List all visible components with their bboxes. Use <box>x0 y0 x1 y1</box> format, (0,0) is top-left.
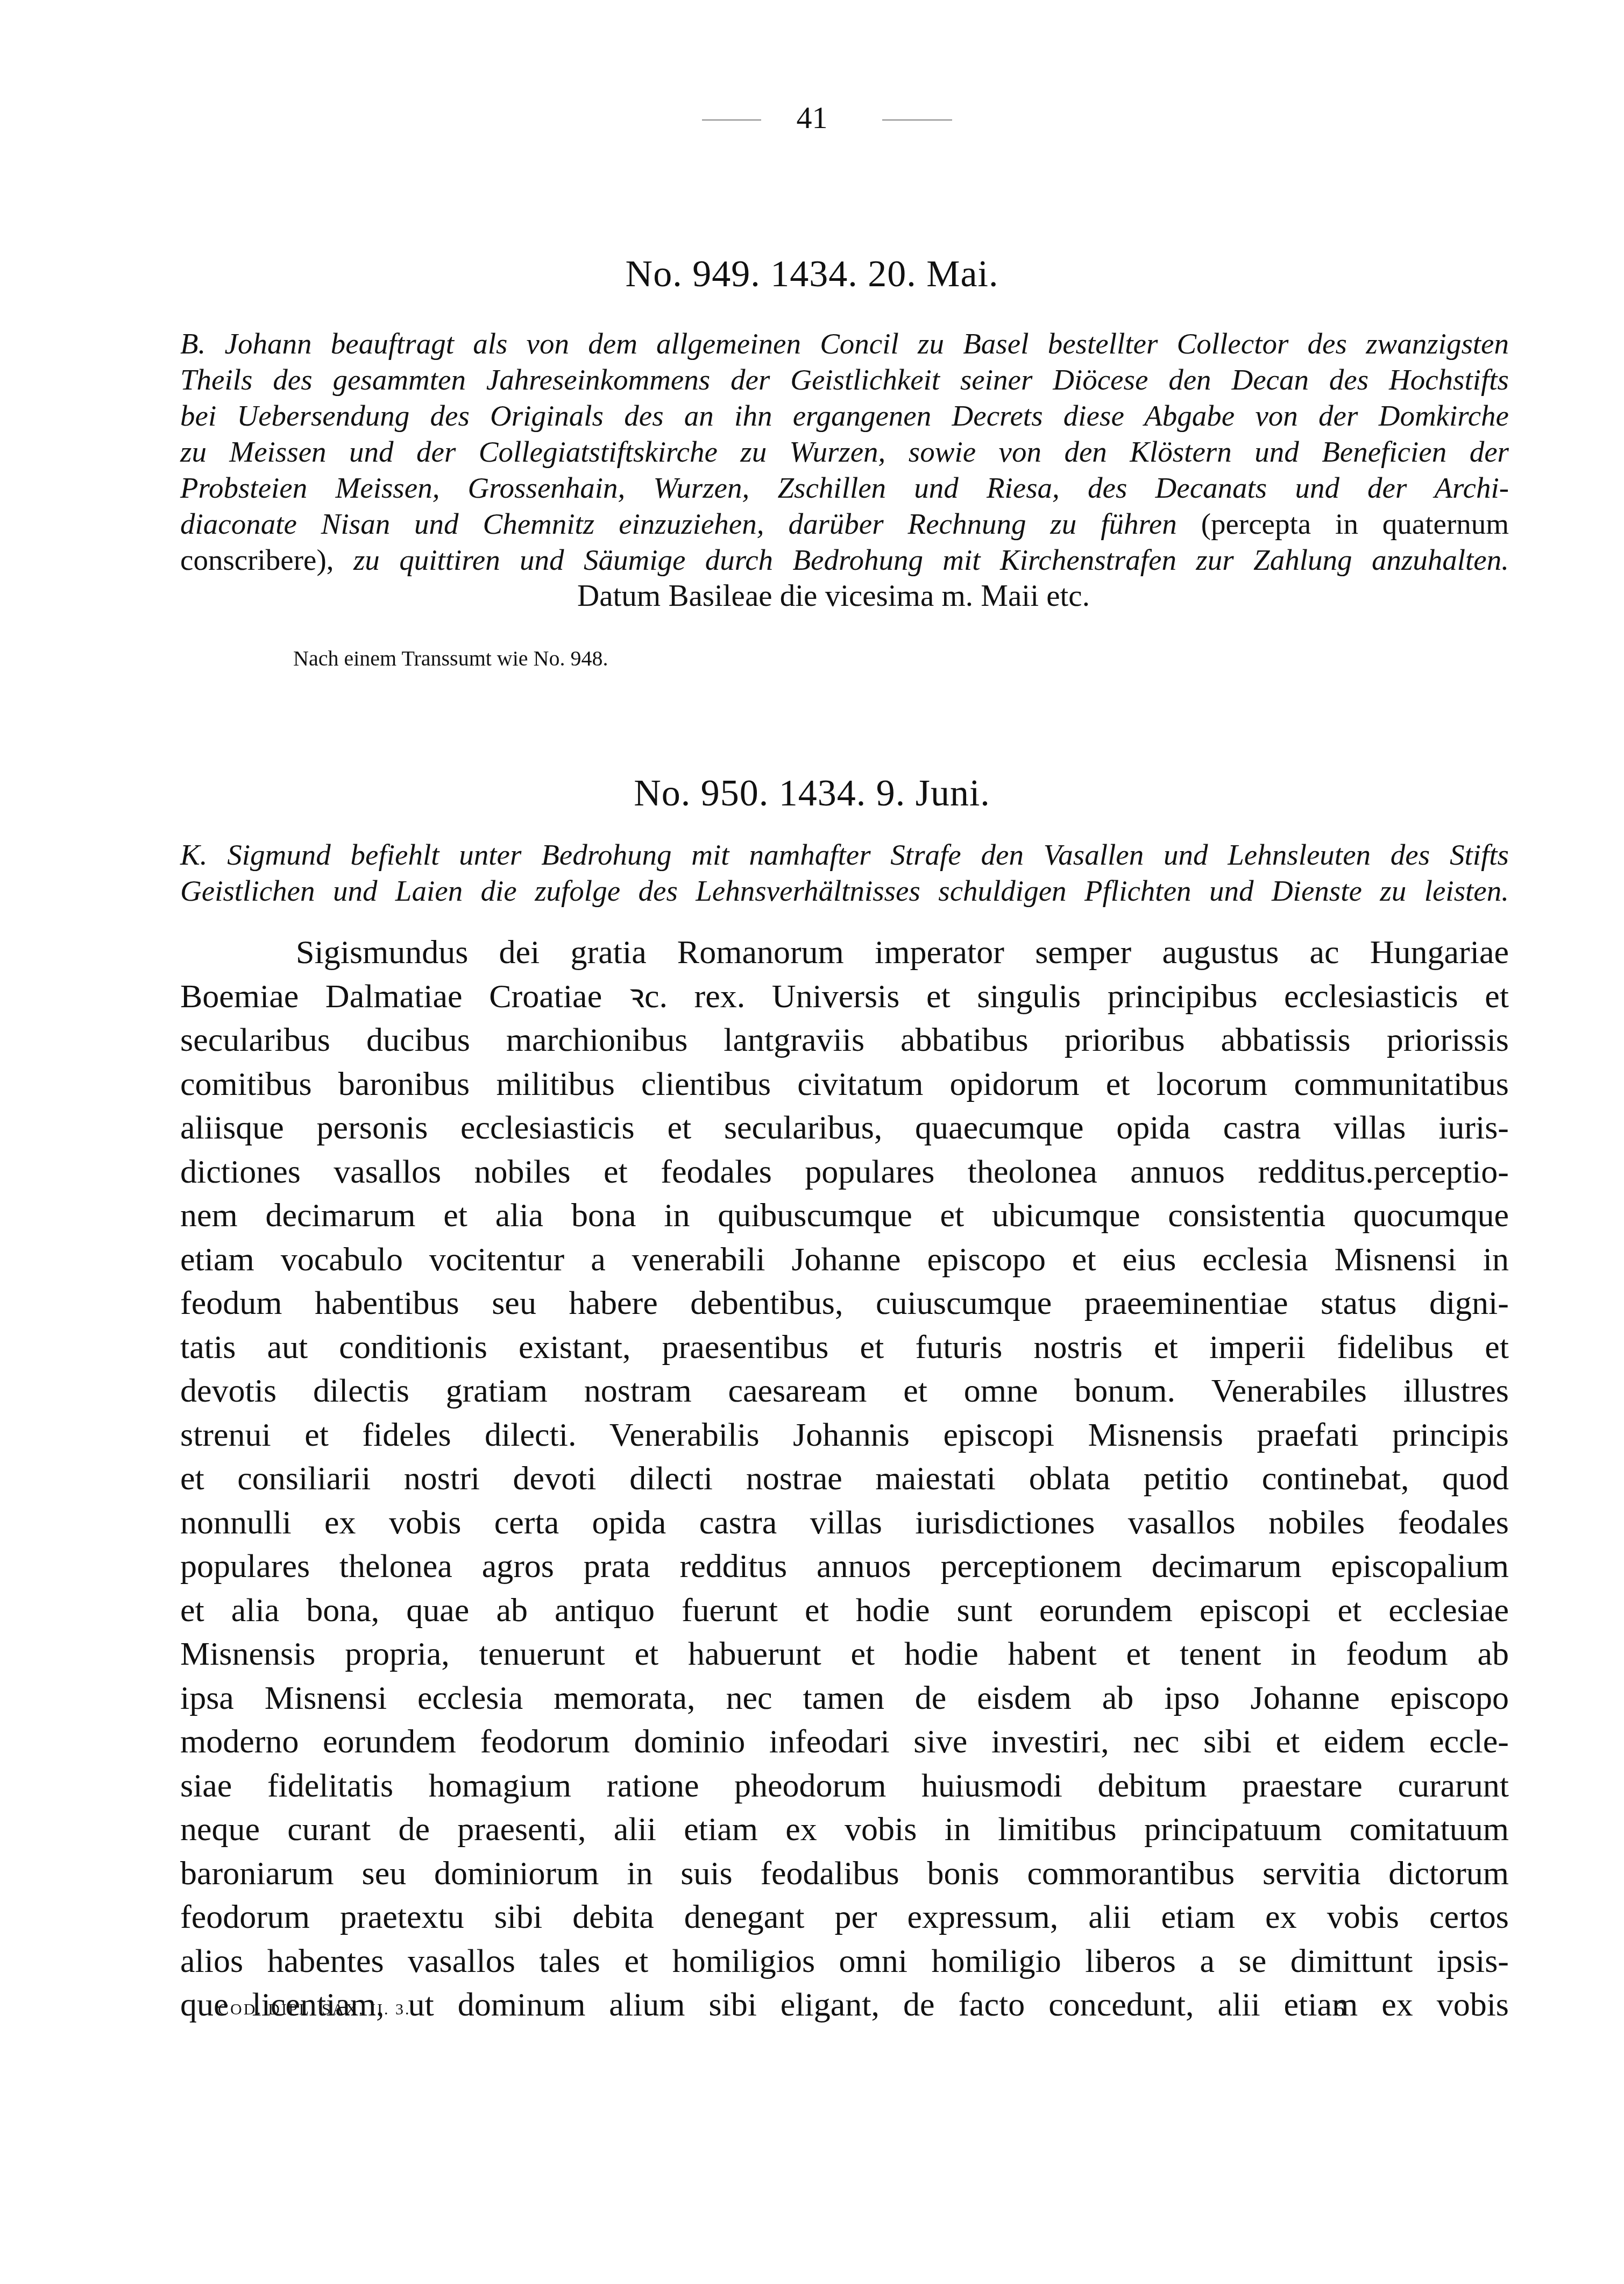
regest-line: diaconate Nisan und Chemnitz einzuziehen… <box>180 506 1509 542</box>
regest-line: Theils des gesammten Jahreseinkommens de… <box>180 362 1509 398</box>
body-line: siae fidelitatis homagium ratione pheodo… <box>180 1764 1509 1808</box>
regest-line: conscribere), zu quittiren und Säumige d… <box>180 542 1509 578</box>
body-line: alios habentes vasallos tales et homilig… <box>180 1940 1509 1984</box>
doc-950-heading: No. 950. 1434. 9. Juni. <box>0 772 1624 815</box>
body-line: feodum habentibus seu habere debentibus,… <box>180 1282 1509 1326</box>
regest-line-italic: diaconate Nisan und Chemnitz einzuziehen… <box>180 507 1177 540</box>
regest-line-italic: zu quittiren und Säumige durch Bedrohung… <box>353 543 1509 576</box>
regest-line: zu Meissen und der Collegiatstiftskirche… <box>180 434 1509 470</box>
body-line: devotis dilectis gratiam nostram caesare… <box>180 1369 1509 1413</box>
regest-latin-phrase: (percepta in quaternum <box>1201 507 1509 540</box>
body-line: aliisque personis ecclesiasticis et secu… <box>180 1106 1509 1150</box>
signature-mark: COD. DIPL. SAX. II. 3. <box>218 2000 411 2019</box>
regest-line: Geistlichen und Laien die zufolge des Le… <box>180 873 1509 909</box>
body-line: Misnensis propria, tenuerunt et habuerun… <box>180 1632 1509 1677</box>
sheet-number: 6 <box>1334 1996 1345 2021</box>
body-line: Sigismundus dei gratia Romanorum imperat… <box>180 931 1509 975</box>
doc-949-regest: B. Johann beauftragt als von dem allgeme… <box>180 326 1509 578</box>
body-line: neque curant de praesenti, alii etiam ex… <box>180 1808 1509 1852</box>
doc-950-body: Sigismundus dei gratia Romanorum imperat… <box>180 931 1509 2027</box>
doc-950-regest: K. Sigmund befiehlt unter Bedrohung mit … <box>180 837 1509 909</box>
page-number: 41 <box>0 100 1624 136</box>
body-line: nem decimarum et alia bona in quibuscumq… <box>180 1194 1509 1238</box>
regest-line: Probsteien Meissen, Grossenhain, Wurzen,… <box>180 470 1509 506</box>
doc-949-heading: No. 949. 1434. 20. Mai. <box>0 253 1624 296</box>
body-line: ipsa Misnensi ecclesia memorata, nec tam… <box>180 1677 1509 1721</box>
doc-949-source-note: Nach einem Transsumt wie No. 948. <box>293 646 608 671</box>
body-line: feodorum praetextu sibi debita denegant … <box>180 1896 1509 1940</box>
regest-line: B. Johann beauftragt als von dem allgeme… <box>180 326 1509 362</box>
regest-latin-phrase: conscribere), <box>180 543 334 576</box>
body-line: secularibus ducibus marchionibus lantgra… <box>180 1019 1509 1063</box>
body-line: tatis aut conditionis existant, praesent… <box>180 1326 1509 1370</box>
body-line: et consiliarii nostri devoti dilecti nos… <box>180 1457 1509 1501</box>
body-line: comitibus baronibus militibus clientibus… <box>180 1063 1509 1107</box>
header-rule-right <box>882 119 952 121</box>
body-line: baroniarum seu dominiorum in suis feodal… <box>180 1852 1509 1896</box>
body-line: Boemiae Dalmatiae Croatiae ꝛc. rex. Univ… <box>180 975 1509 1019</box>
regest-line: K. Sigmund befiehlt unter Bedrohung mit … <box>180 837 1509 873</box>
body-line: populares thelonea agros prata redditus … <box>180 1545 1509 1589</box>
body-line: nonnulli ex vobis certa opida castra vil… <box>180 1501 1509 1545</box>
doc-949-datum: Datum Basileae die vicesima m. Maii etc. <box>0 578 1624 613</box>
body-line: strenui et fideles dilecti. Venerabilis … <box>180 1413 1509 1458</box>
body-line: dictiones vasallos nobiles et feodales p… <box>180 1150 1509 1194</box>
regest-line: bei Uebersendung des Originals des an ih… <box>180 398 1509 434</box>
body-line: etiam vocabulo vocitentur a venerabili J… <box>180 1238 1509 1282</box>
body-line: moderno eorundem feodorum dominio infeod… <box>180 1720 1509 1764</box>
body-line: et alia bona, quae ab antiquo fuerunt et… <box>180 1589 1509 1633</box>
